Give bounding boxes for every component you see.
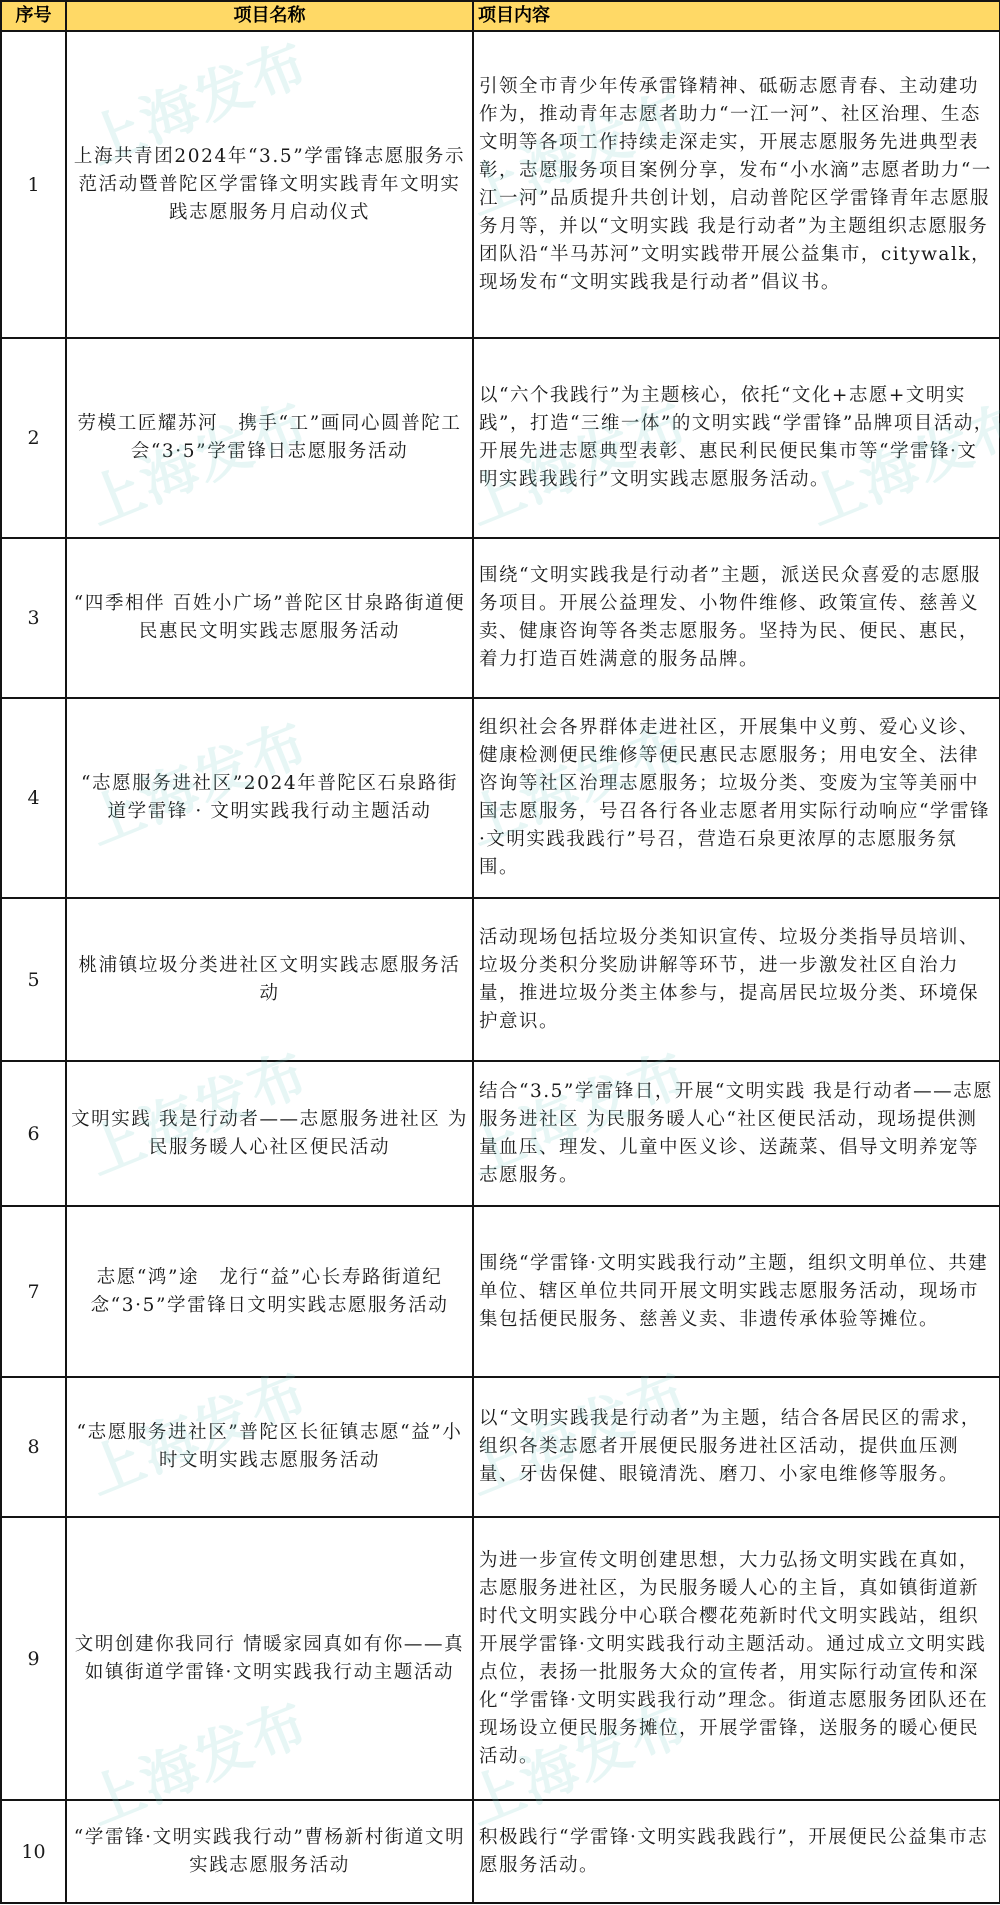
document-sheet: 序号 项目名称 项目内容 1 上海共青团2024年“3.5”学雷锋志愿服务示范活… bbox=[0, 0, 1000, 1905]
table-row: 4 “志愿服务进社区”2024年普陀区石泉路街道学雷锋 · 文明实践我行动主题活… bbox=[1, 698, 1000, 898]
volunteer-activities-table: 序号 项目名称 项目内容 1 上海共青团2024年“3.5”学雷锋志愿服务示范活… bbox=[0, 0, 1000, 1904]
project-name: 志愿“鸿”途 龙行“益”心长寿路街道纪念“3·5”学雷锋日文明实践志愿服务活动 bbox=[66, 1206, 473, 1377]
row-number: 3 bbox=[1, 538, 66, 698]
column-header-number: 序号 bbox=[1, 1, 66, 31]
table-row: 1 上海共青团2024年“3.5”学雷锋志愿服务示范活动暨普陀区学雷锋文明实践青… bbox=[1, 31, 1000, 338]
table-row: 6 文明实践 我是行动者——志愿服务进社区 为民服务暖人心社区便民活动 结合“3… bbox=[1, 1061, 1000, 1206]
row-number: 6 bbox=[1, 1061, 66, 1206]
project-name: 劳模工匠耀苏河 携手“工”画同心圆普陀工会“3·5”学雷锋日志愿服务活动 bbox=[66, 338, 473, 538]
table-row: 5 桃浦镇垃圾分类进社区文明实践志愿服务活动 活动现场包括垃圾分类知识宣传、垃圾… bbox=[1, 898, 1000, 1061]
project-name: “学雷锋·文明实践我行动”曹杨新村街道文明实践志愿服务活动 bbox=[66, 1800, 473, 1903]
table-row: 9 文明创建你我同行 情暖家园真如有你——真如镇街道学雷锋·文明实践我行动主题活… bbox=[1, 1517, 1000, 1800]
project-content: 积极践行“学雷锋·文明实践我践行”，开展便民公益集市志愿服务活动。 bbox=[473, 1800, 1000, 1903]
table-row: 7 志愿“鸿”途 龙行“益”心长寿路街道纪念“3·5”学雷锋日文明实践志愿服务活… bbox=[1, 1206, 1000, 1377]
table-row: 2 劳模工匠耀苏河 携手“工”画同心圆普陀工会“3·5”学雷锋日志愿服务活动 以… bbox=[1, 338, 1000, 538]
project-content: 活动现场包括垃圾分类知识宣传、垃圾分类指导员培训、垃圾分类积分奖励讲解等环节，进… bbox=[473, 898, 1000, 1061]
row-number: 4 bbox=[1, 698, 66, 898]
project-content: 组织社会各界群体走进社区，开展集中义剪、爱心义诊、健康检测便民维修等便民惠民志愿… bbox=[473, 698, 1000, 898]
project-name: “志愿服务进社区”2024年普陀区石泉路街道学雷锋 · 文明实践我行动主题活动 bbox=[66, 698, 473, 898]
project-name: 上海共青团2024年“3.5”学雷锋志愿服务示范活动暨普陀区学雷锋文明实践青年文… bbox=[66, 31, 473, 338]
project-content: 围绕“学雷锋·文明实践我行动”主题，组织文明单位、共建单位、辖区单位共同开展文明… bbox=[473, 1206, 1000, 1377]
project-name: 文明创建你我同行 情暖家园真如有你——真如镇街道学雷锋·文明实践我行动主题活动 bbox=[66, 1517, 473, 1800]
project-name: 桃浦镇垃圾分类进社区文明实践志愿服务活动 bbox=[66, 898, 473, 1061]
row-number: 7 bbox=[1, 1206, 66, 1377]
table-row: 10 “学雷锋·文明实践我行动”曹杨新村街道文明实践志愿服务活动 积极践行“学雷… bbox=[1, 1800, 1000, 1903]
row-number: 2 bbox=[1, 338, 66, 538]
project-content: 以“文明实践我是行动者”为主题，结合各居民区的需求，组织各类志愿者开展便民服务进… bbox=[473, 1377, 1000, 1517]
project-content: 引领全市青少年传承雷锋精神、砥砺志愿青春、主动建功作为，推动青年志愿者助力“一江… bbox=[473, 31, 1000, 338]
row-number: 5 bbox=[1, 898, 66, 1061]
row-number: 1 bbox=[1, 31, 66, 338]
row-number: 9 bbox=[1, 1517, 66, 1800]
row-number: 8 bbox=[1, 1377, 66, 1517]
column-header-project-name: 项目名称 bbox=[66, 1, 473, 31]
project-content: 为进一步宣传文明创建思想，大力弘扬文明实践在真如，志愿服务进社区，为民服务暖人心… bbox=[473, 1517, 1000, 1800]
project-name: 文明实践 我是行动者——志愿服务进社区 为民服务暖人心社区便民活动 bbox=[66, 1061, 473, 1206]
column-header-project-content: 项目内容 bbox=[473, 1, 1000, 31]
table-header-row: 序号 项目名称 项目内容 bbox=[1, 1, 1000, 31]
project-content: 结合“3.5”学雷锋日，开展“文明实践 我是行动者——志愿服务进社区 为民服务暖… bbox=[473, 1061, 1000, 1206]
table-row: 8 “志愿服务进社区”普陀区长征镇志愿“益”小时文明实践志愿服务活动 以“文明实… bbox=[1, 1377, 1000, 1517]
row-number: 10 bbox=[1, 1800, 66, 1903]
project-name: “志愿服务进社区”普陀区长征镇志愿“益”小时文明实践志愿服务活动 bbox=[66, 1377, 473, 1517]
project-content: 围绕“文明实践我是行动者”主题，派送民众喜爱的志愿服务项目。开展公益理发、小物件… bbox=[473, 538, 1000, 698]
project-name: “四季相伴 百姓小广场”普陀区甘泉路街道便民惠民文明实践志愿服务活动 bbox=[66, 538, 473, 698]
project-content: 以“六个我践行”为主题核心，依托“文化+志愿+文明实践”，打造“三维一体”的文明… bbox=[473, 338, 1000, 538]
table-row: 3 “四季相伴 百姓小广场”普陀区甘泉路街道便民惠民文明实践志愿服务活动 围绕“… bbox=[1, 538, 1000, 698]
